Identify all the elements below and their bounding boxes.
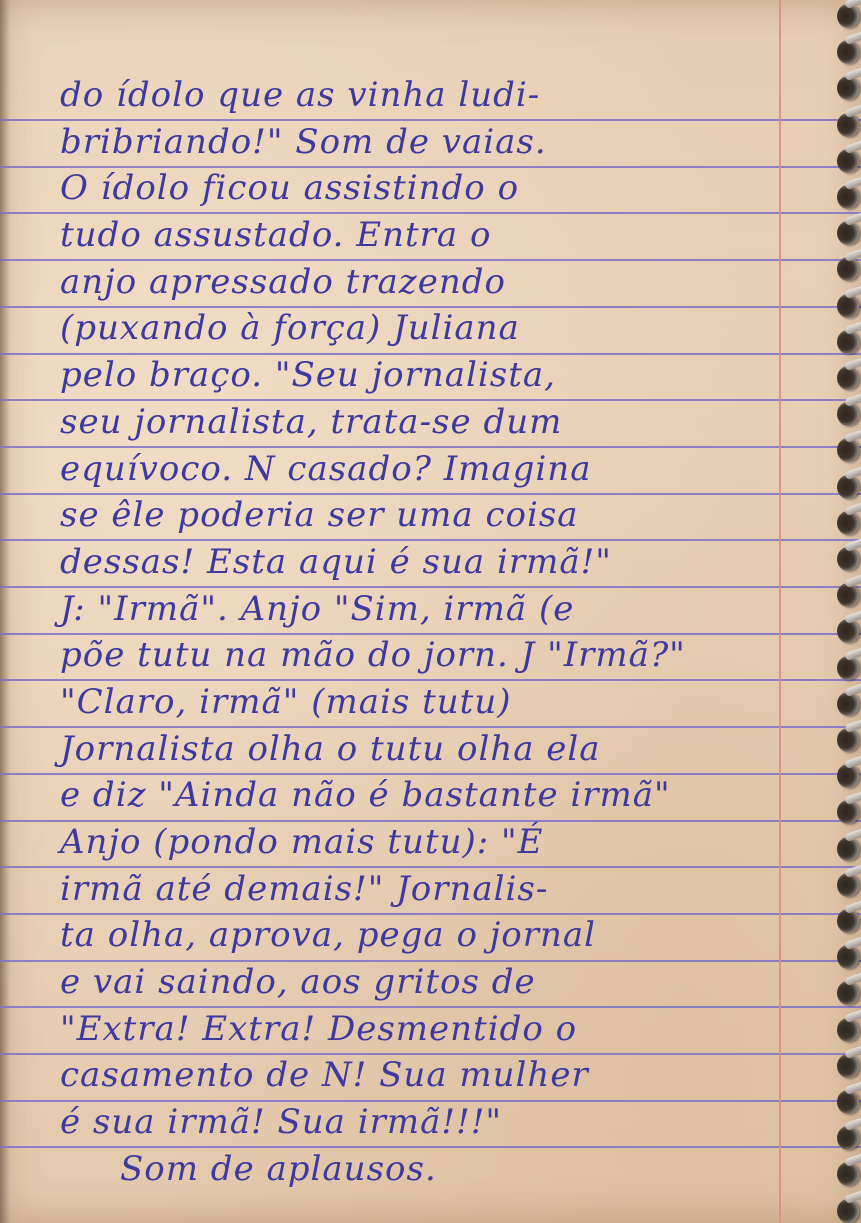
spiral-ring (837, 656, 859, 680)
spiral-ring (837, 40, 859, 64)
spiral-ring (837, 402, 859, 426)
text-line: se êle poderia ser uma coisa (60, 492, 780, 539)
text-line: anjo apressado trazendo (60, 259, 780, 306)
text-line: Anjo (pondo mais tutu): "É (60, 819, 780, 866)
spiral-ring (837, 1126, 859, 1150)
text-line: J: "Irmã". Anjo "Sim, irmã (e (60, 586, 780, 633)
spiral-ring (837, 873, 859, 897)
spiral-ring (837, 257, 859, 281)
spiral-ring (837, 1054, 859, 1078)
text-line: bribriando!" Som de vaias. (60, 119, 780, 166)
spiral-ring (837, 800, 859, 824)
spiral-ring (837, 1162, 859, 1186)
text-line: dessas! Esta aqui é sua irmã!" (60, 539, 780, 586)
text-line: equívoco. N casado? Imagina (60, 446, 780, 493)
spiral-ring (837, 185, 859, 209)
spiral-ring (837, 728, 859, 752)
spiral-ring (837, 547, 859, 571)
spiral-ring (837, 583, 859, 607)
text-line: O ídolo ficou assistindo o (60, 165, 780, 212)
text-line: seu jornalista, trata-se dum (60, 399, 780, 446)
spiral-ring (837, 837, 859, 861)
spiral-ring (837, 4, 859, 28)
page-edge-shadow (0, 0, 10, 1223)
handwritten-text: do ídolo que as vinha ludi- bribriando!"… (60, 72, 780, 1193)
text-line: "Extra! Extra! Desmentido o (60, 1006, 780, 1053)
spiral-ring (837, 909, 859, 933)
text-line: põe tutu na mão do jorn. J "Irmã?" (60, 632, 780, 679)
spiral-ring (837, 113, 859, 137)
notebook-page: do ídolo que as vinha ludi- bribriando!"… (0, 0, 861, 1223)
spiral-ring (837, 294, 859, 318)
text-line: "Claro, irmã" (mais tutu) (60, 679, 780, 726)
spiral-ring (837, 366, 859, 390)
text-line: tudo assustado. Entra o (60, 212, 780, 259)
spiral-ring (837, 475, 859, 499)
spiral-ring (837, 692, 859, 716)
spiral-ring (837, 438, 859, 462)
spiral-ring (837, 330, 859, 354)
text-line: ta olha, aprova, pega o jornal (60, 912, 780, 959)
spiral-ring (837, 1018, 859, 1042)
text-line: (puxando à força) Juliana (60, 305, 780, 352)
spiral-ring (837, 981, 859, 1005)
text-line: do ídolo que as vinha ludi- (60, 72, 780, 119)
spiral-ring (837, 764, 859, 788)
spiral-ring (837, 1090, 859, 1114)
text-line: Jornalista olha o tutu olha ela (60, 726, 780, 773)
spiral-ring (837, 76, 859, 100)
text-line: pelo braço. "Seu jornalista, (60, 352, 780, 399)
text-line: irmã até demais!" Jornalis- (60, 866, 780, 913)
spiral-ring (837, 149, 859, 173)
text-line: e diz "Ainda não é bastante irmã" (60, 772, 780, 819)
spiral-ring (837, 1199, 859, 1223)
text-line-stage-direction: Som de aplausos. (60, 1146, 780, 1193)
spiral-binding (821, 0, 861, 1223)
spiral-ring (837, 511, 859, 535)
spiral-ring (837, 945, 859, 969)
text-line: casamento de N! Sua mulher (60, 1052, 780, 1099)
spiral-ring (837, 221, 859, 245)
text-line: e vai saindo, aos gritos de (60, 959, 780, 1006)
text-line: é sua irmã! Sua irmã!!!" (60, 1099, 780, 1146)
spiral-ring (837, 619, 859, 643)
